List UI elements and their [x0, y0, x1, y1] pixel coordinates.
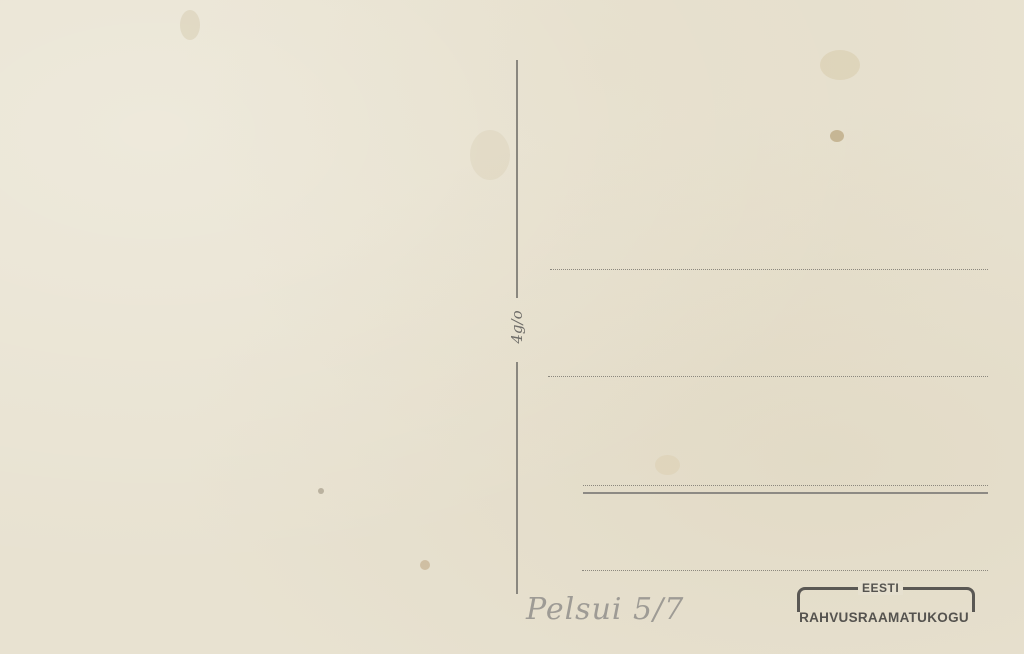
- address-line-1: [550, 269, 988, 270]
- address-line-2: [548, 376, 988, 377]
- stamp-bottom-text: RAHVUSRAAMATUKOGU: [795, 610, 973, 625]
- library-stamp: EESTI RAHVUSRAAMATUKOGU: [795, 583, 973, 631]
- center-divider-bottom: [516, 362, 518, 594]
- stamp-top-text: EESTI: [858, 581, 903, 595]
- divider-note: 4g/o: [502, 307, 532, 347]
- handwritten-note: Pelsui 5/7: [526, 592, 684, 627]
- stain: [180, 10, 200, 40]
- address-line-4: [582, 570, 988, 571]
- stain: [820, 50, 860, 80]
- address-line-3: [583, 485, 988, 486]
- stain: [420, 560, 430, 570]
- center-divider-top: [516, 60, 518, 298]
- postcard-back: 4g/o Pelsui 5/7 EESTI RAHVUSRAAMATUKOGU: [0, 0, 1024, 654]
- stain: [470, 130, 510, 180]
- address-rule: [583, 492, 988, 494]
- stain: [655, 455, 680, 475]
- stain: [318, 488, 324, 494]
- stain: [830, 130, 844, 142]
